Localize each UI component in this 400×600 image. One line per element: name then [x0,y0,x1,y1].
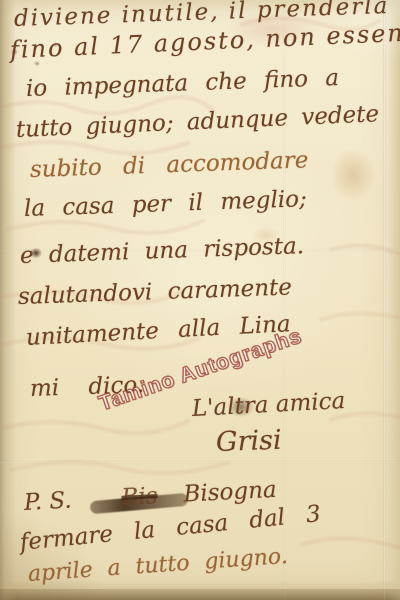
handwritten-letter-photo: diviene inutile, il prenderla fino al 17… [0,0,400,600]
postscript-label: P. S. [23,488,72,516]
horizontal-crease [0,461,400,464]
paper-stain [330,148,376,202]
crossed-out-word: Bis [121,483,158,511]
vertical-crease [383,0,386,600]
signature: Grisi [215,425,282,458]
postscript-word: Bisogna [183,477,277,508]
bottom-fold-shadow [0,589,400,600]
